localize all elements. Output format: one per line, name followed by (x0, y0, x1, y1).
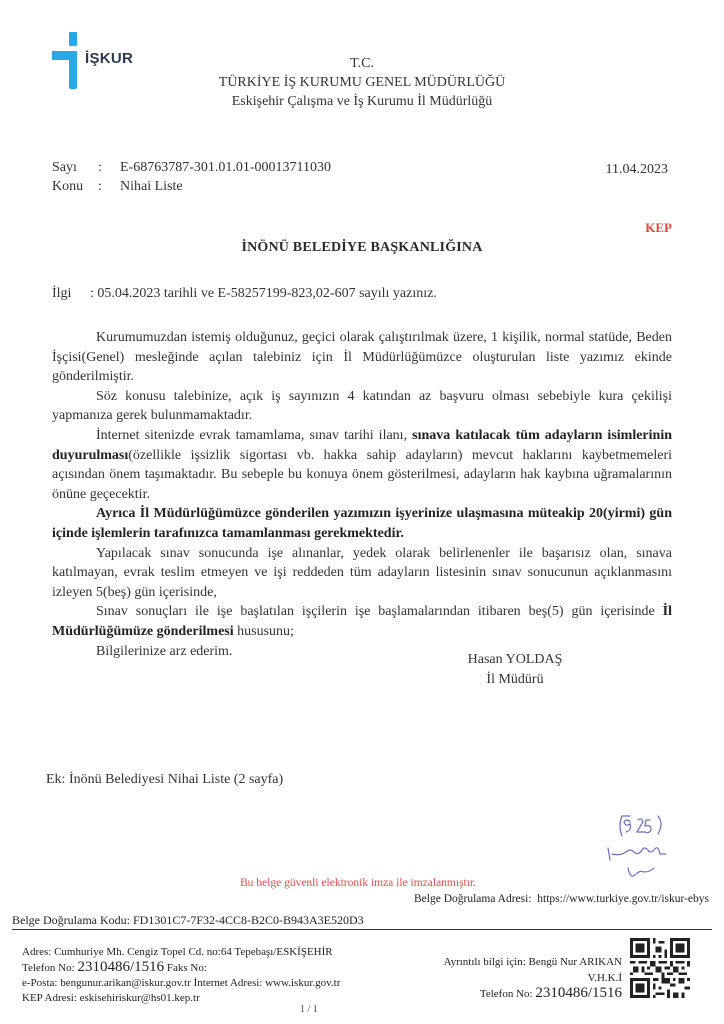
contact-phone: 2310486/1516 (535, 985, 622, 1001)
letter-body: Kurumumuzdan istemiş olduğunuz, geçici o… (52, 328, 672, 661)
signature-block: Hasan YOLDAŞ İl Müdürü (440, 650, 590, 690)
verification-address: Belge Doğrulama Adresi: https://www.turk… (414, 893, 709, 905)
verification-code-value: FD1301C7-7F32-4CC8-B2C0-B943A3E520D3 (133, 913, 364, 927)
kep-badge: KEP (645, 220, 672, 236)
verification-address-url[interactable]: https://www.turkiye.gov.tr/iskur-ebys (537, 893, 709, 905)
paragraph-4: Ayrıca İl Müdürlüğümüzce gönderilen yazı… (52, 504, 672, 543)
paragraph-6-text-end: hususunu; (234, 624, 294, 639)
paragraph-3-text-end: (özellikle işsizlik sigortası vb. hakka … (52, 448, 672, 502)
header-institution: TÜRKİYE İŞ KURUMU GENEL MÜDÜRLÜĞÜ (0, 75, 724, 91)
footer-divider (12, 929, 712, 930)
paragraph-6-text: Sınav sonuçları ile işe başlatılan işçil… (96, 604, 663, 619)
contact-phone-row: Telefon No: 2310486/1516 (444, 986, 622, 1003)
attachment-line: Ek: İnönü Belediyesi Nihai Liste (2 sayf… (46, 772, 283, 788)
page-number: 1 / 1 (300, 1004, 318, 1015)
konu-value: Nihai Liste (120, 179, 183, 194)
verification-code-label: Belge Doğrulama Kodu: (12, 913, 130, 927)
paragraph-3: İnternet sitenizde evrak tamamlama, sına… (52, 426, 672, 504)
sayi-colon: : (98, 160, 120, 176)
footer-fax-label: Faks No: (167, 962, 207, 974)
ilgi-row: İlgi: 05.04.2023 tarihli ve E-58257199-8… (52, 286, 437, 302)
footer-phone-label: Telefon No: (22, 962, 75, 974)
footer-phone-row: Telefon No: 2310486/1516 Faks No: (22, 960, 340, 976)
document-date: 11.04.2023 (606, 162, 668, 178)
paragraph-3-text: İnternet sitenizde evrak tamamlama, sına… (96, 428, 412, 443)
paragraph-4-bold: Ayrıca İl Müdürlüğümüzce gönderilen yazı… (52, 506, 672, 541)
sayi-label: Sayı (52, 160, 98, 176)
signatory-title: İl Müdürü (440, 670, 590, 690)
qr-code-icon (630, 938, 690, 998)
logo-mark-top (69, 32, 77, 46)
paragraph-2: Söz konusu talebinize, açık iş sayınızın… (52, 387, 672, 426)
contact-phone-label: Telefon No: (480, 988, 533, 1000)
contact-person: Ayrıntılı bilgi için: Bengü Nur ARIKAN (444, 955, 622, 971)
footer-email: e-Posta: bengunur.arikan@iskur.gov.tr İn… (22, 976, 340, 991)
header-directorate: Eskişehir Çalışma ve İş Kurumu İl Müdürl… (0, 94, 724, 110)
footer-address: Adres: Cumhuriye Mh. Cengiz Topel Cd. no… (22, 945, 340, 960)
footer-phone: 2310486/1516 (77, 959, 164, 975)
sayi-value: E-68763787-301.01.01-00013711030 (120, 160, 331, 175)
ilgi-text: : 05.04.2023 tarihli ve E-58257199-823,0… (90, 286, 437, 301)
konu-row: Konu:Nihai Liste (52, 179, 183, 195)
footer-responsible: Ayrıntılı bilgi için: Bengü Nur ARIKAN V… (444, 955, 622, 1003)
paragraph-1: Kurumumuzdan istemiş olduğunuz, geçici o… (52, 328, 672, 387)
addressee: İNÖNÜ BELEDİYE BAŞKANLIĞINA (0, 240, 724, 256)
footer-kep: KEP Adresi: eskisehiriskur@hs01.kep.tr (22, 991, 340, 1006)
paragraph-6: Sınav sonuçları ile işe başlatılan işçil… (52, 602, 672, 641)
konu-label: Konu (52, 179, 98, 195)
handwritten-note-icon (600, 808, 710, 898)
signatory-name: Hasan YOLDAŞ (440, 650, 590, 670)
verification-code: Belge Doğrulama Kodu: FD1301C7-7F32-4CC8… (12, 913, 364, 928)
contact-title: V.H.K.İ (444, 971, 622, 987)
verification-address-label: Belge Doğrulama Adresi: (414, 893, 532, 905)
sayi-row: Sayı:E-68763787-301.01.01-00013711030 (52, 160, 331, 176)
esignature-note: Bu belge güvenli elektronik imza ile imz… (240, 877, 476, 889)
konu-colon: : (98, 179, 120, 195)
ilgi-label: İlgi (52, 286, 90, 302)
paragraph-5: Yapılacak sınav sonucunda işe alınanlar,… (52, 544, 672, 603)
header-tc: T.C. (0, 56, 724, 72)
footer-contact: Adres: Cumhuriye Mh. Cengiz Topel Cd. no… (22, 945, 340, 1006)
